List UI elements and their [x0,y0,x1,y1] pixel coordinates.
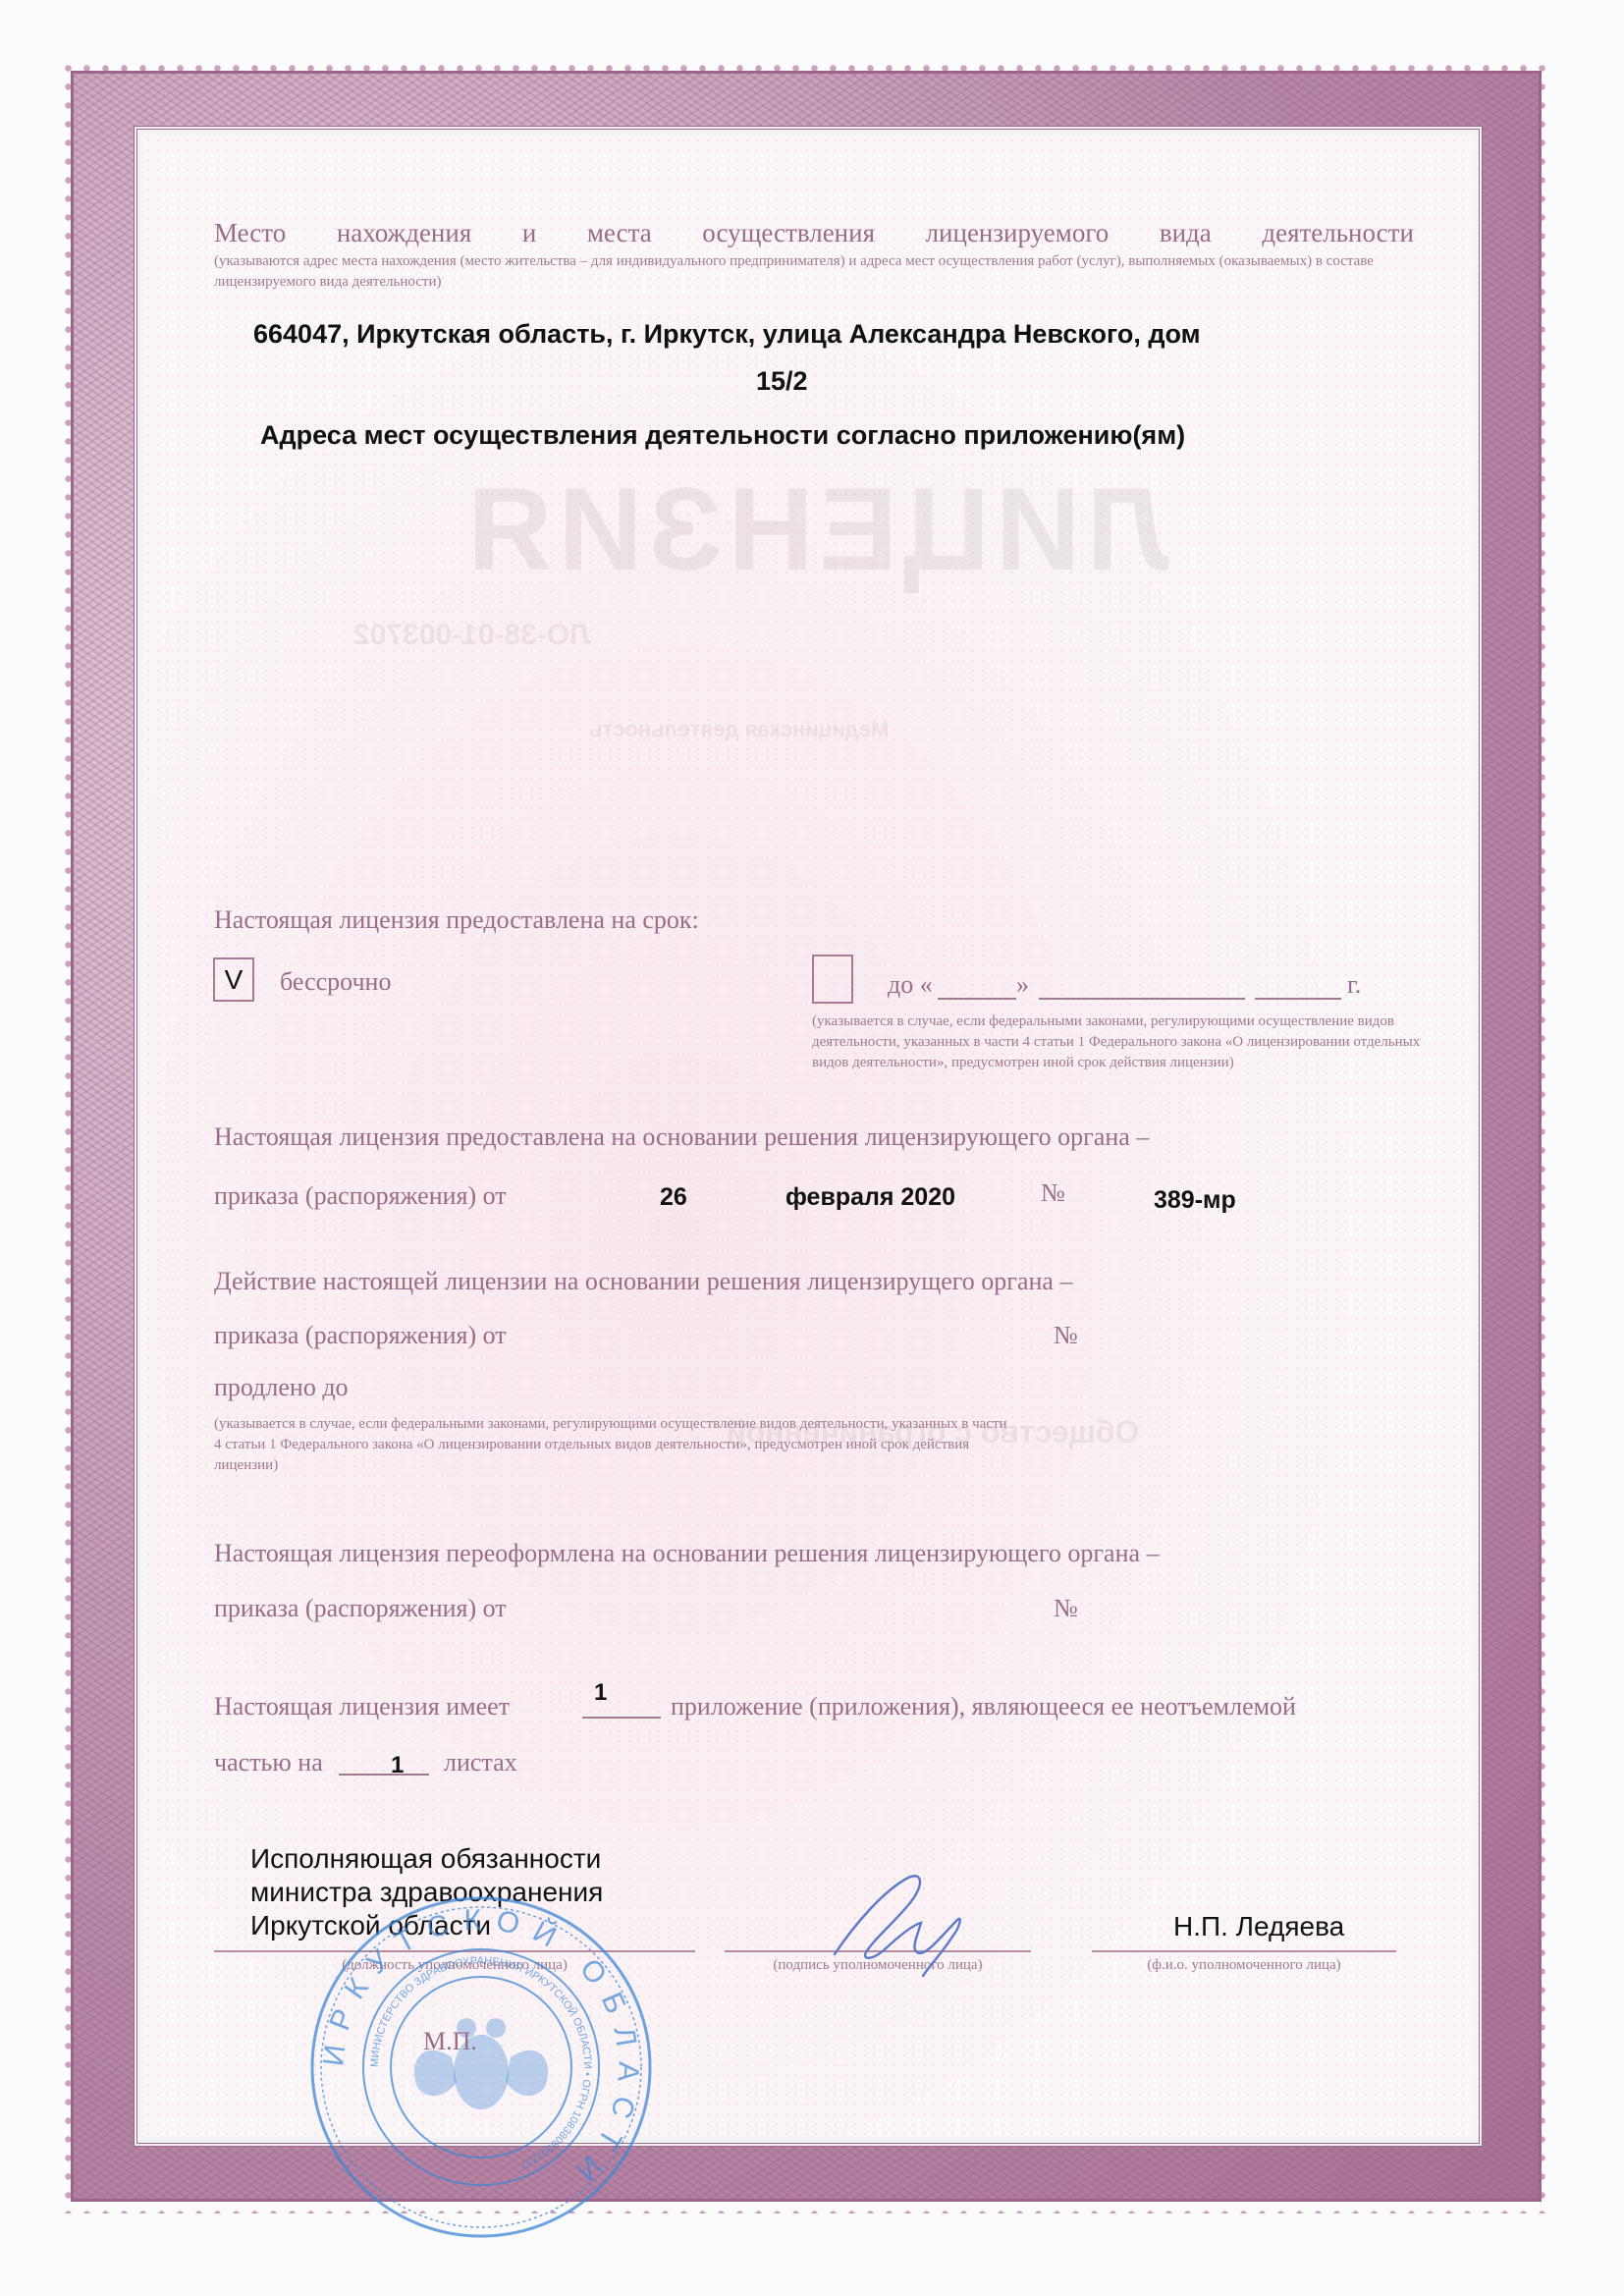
signatory-position: Исполняющая обязанности министра здравоо… [250,1842,603,1942]
signatory-name: Н.П. Ледяева [1173,1910,1344,1943]
until-day-field[interactable] [938,998,1016,1000]
granted-line-2: приказа (распоряжения) от [214,1181,507,1211]
until-mid: » [1016,970,1029,1000]
heading-word: места [587,218,652,248]
sheets-field [339,1774,429,1776]
extended-number-sign: № [1054,1321,1078,1350]
appendix-prefix: Настоящая лицензия имеет [214,1692,510,1722]
position-line-3: Иркутской области [250,1909,603,1942]
heading-word: вида [1160,218,1212,248]
position-line [214,1950,695,1952]
heading-word: нахождения [337,218,471,248]
until-checkbox[interactable] [812,955,853,1004]
sheets-count: 1 [391,1752,404,1779]
location-heading: Местонахожденияиместаосуществлениялиценз… [214,218,1414,248]
granted-line-1: Настоящая лицензия предоставлена на осно… [214,1122,1149,1152]
sheets-suffix: листах [444,1748,517,1777]
reissued-line-1: Настоящая лицензия переоформлена на осно… [214,1539,1160,1568]
heading-word: осуществления [702,218,875,248]
handwritten-signature [815,1866,1011,1979]
granted-month-year: февраля 2020 [785,1183,955,1212]
reissued-line-2: приказа (распоряжения) от [214,1594,507,1623]
extended-hint: (указывается в случае, если федеральными… [214,1414,1009,1476]
appendix-count: 1 [594,1679,607,1707]
granted-day: 26 [660,1183,687,1212]
location-hint: (указываются адрес места нахождения (мес… [214,251,1417,293]
extended-line-1: Действие настоящей лицензии на основании… [214,1267,1072,1296]
position-line-1: Исполняющая обязанности [250,1842,603,1876]
until-suffix: г. [1347,970,1361,1000]
show-through-number: ЛО-38-01-003702 [353,619,590,652]
heading-word: лицензируемого [926,218,1110,248]
seal-mark: М.П. [423,2027,477,2056]
until-month-field[interactable] [1039,998,1245,1000]
address-line-1: 664047, Иркутская область, г. Иркутск, у… [253,319,1201,350]
unlimited-checkbox[interactable]: V [213,957,254,1002]
heading-word: деятельности [1262,218,1414,248]
heading-word: Место [214,218,286,248]
address-note: Адреса мест осуществления деятельности с… [260,420,1185,451]
caption-name: (ф.и.о. уполномоченного лица) [1092,1957,1396,1974]
granted-number: 389-мр [1154,1186,1236,1215]
appendix-count-field [582,1717,661,1719]
show-through-title: ЛИЦЕНЗИЯ [461,462,1168,597]
heading-word: и [522,218,536,248]
until-prefix: до « [888,970,933,1000]
term-label: Настоящая лицензия предоставлена на срок… [214,905,699,935]
show-through-activity: Медицинская деятельность [589,717,889,742]
until-hint: (указывается в случае, если федеральными… [812,1011,1426,1073]
address-line-2: 15/2 [756,366,808,397]
extended-line-3: продлено до [214,1373,349,1402]
caption-position: (должность уполномоченного лица) [214,1957,695,1974]
sheets-prefix: частью на [214,1748,323,1777]
extended-line-2: приказа (распоряжения) от [214,1321,507,1350]
until-year-field[interactable] [1255,998,1341,1000]
position-line-2: министра здравоохранения [250,1876,603,1909]
reissued-number-sign: № [1054,1594,1078,1623]
granted-number-sign: № [1041,1178,1065,1208]
name-line [1092,1950,1396,1952]
unlimited-label: бессрочно [280,967,391,997]
appendix-suffix: приложение (приложения), являющееся ее н… [671,1692,1296,1722]
